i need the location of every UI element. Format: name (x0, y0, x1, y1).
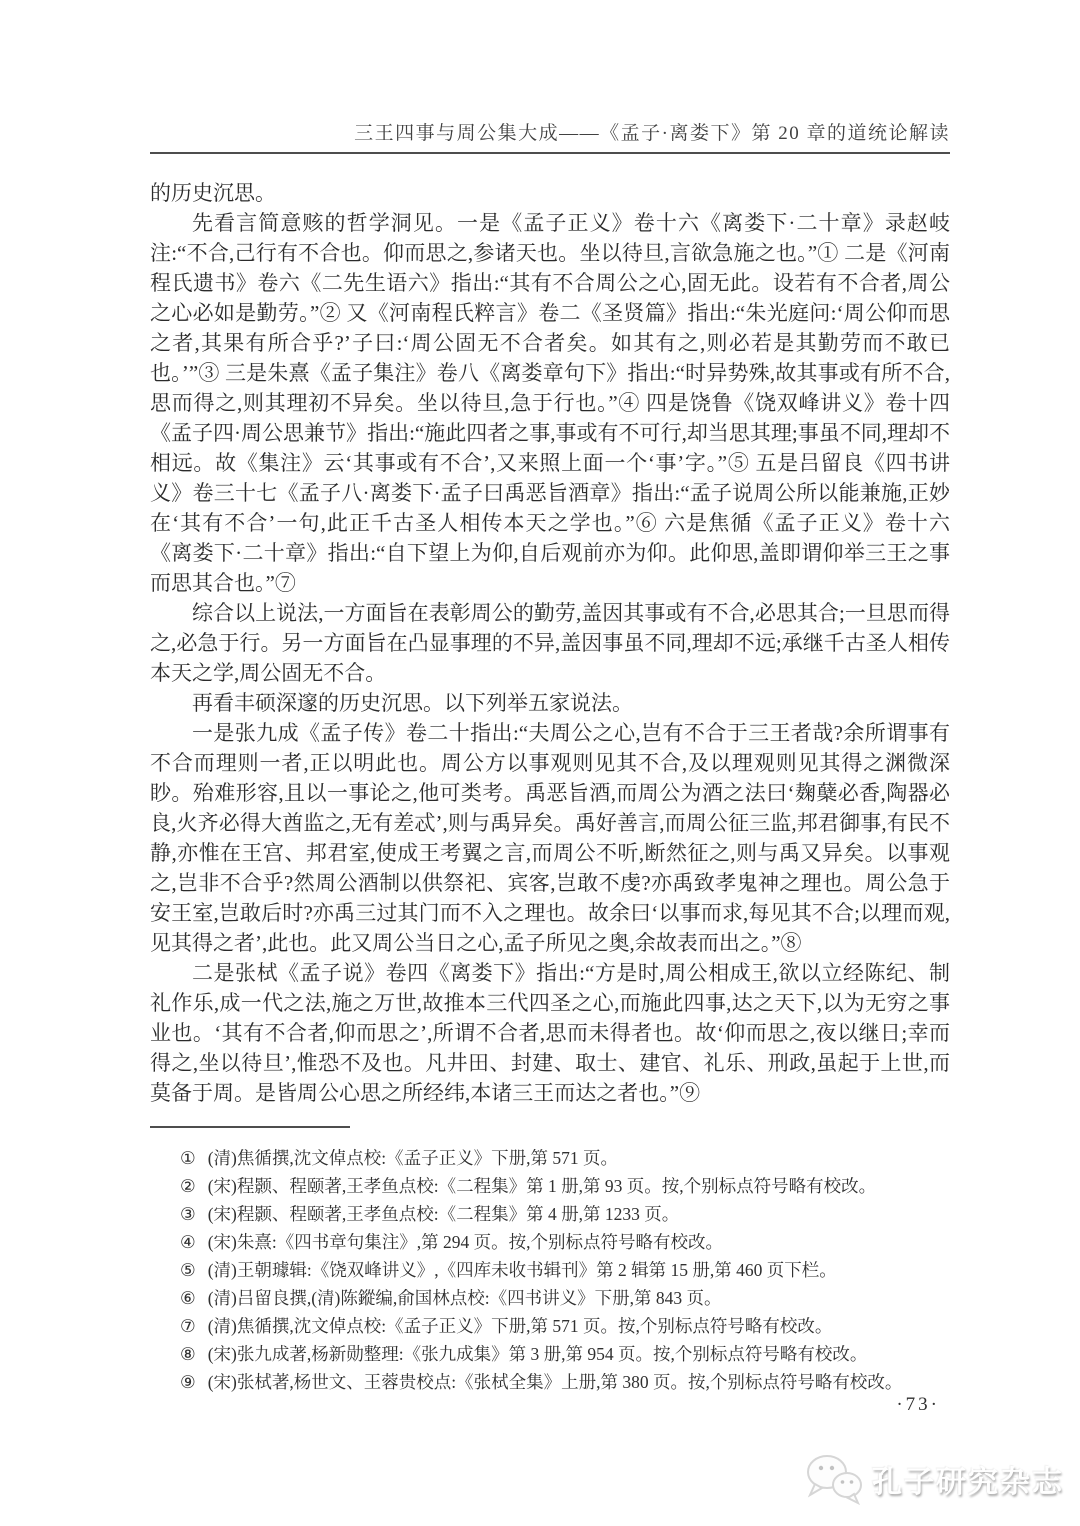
footnote-text: (清)焦循撰,沈文倬点校:《孟子正义》下册,第 571 页。按,个别标点符号略有… (208, 1312, 962, 1340)
footnote-marker: ③ (180, 1200, 196, 1228)
paragraph: 再看丰硕深邃的历史沉思。以下列举五家说法。 (150, 688, 950, 718)
footnote-list: ① (清)焦循撰,沈文倬点校:《孟子正义》下册,第 571 页。 ② (宋)程颢… (150, 1144, 962, 1396)
wechat-icon (804, 1452, 866, 1506)
footnote-text: (宋)张栻著,杨世文、王蓉贵校点:《张栻全集》上册,第 380 页。按,个别标点… (208, 1368, 962, 1396)
journal-page: 三王四事与周公集大成——《孟子·离娄下》第 20 章的道统论解读 的历史沉思。 … (0, 0, 1080, 1526)
footnote-text: (宋)张九成著,杨新勋整理:《张九成集》第 3 册,第 954 页。按,个别标点… (208, 1340, 962, 1368)
footnote-item: ③ (宋)程颢、程颐著,王孝鱼点校:《二程集》第 4 册,第 1233 页。 (150, 1200, 962, 1228)
running-header: 三王四事与周公集大成——《孟子·离娄下》第 20 章的道统论解读 (150, 118, 950, 154)
watermark-text: 孔子研究杂志 (872, 1457, 1064, 1501)
footnote-item: ⑧ (宋)张九成著,杨新勋整理:《张九成集》第 3 册,第 954 页。按,个别… (150, 1340, 962, 1368)
footnotes-section: ① (清)焦循撰,沈文倬点校:《孟子正义》下册,第 571 页。 ② (宋)程颢… (150, 1126, 962, 1396)
paragraph: 综合以上说法,一方面旨在表彰周公的勤劳,盖因其事或有不合,必思其合;一旦思而得之… (150, 598, 950, 688)
running-title: 三王四事与周公集大成——《孟子·离娄下》第 20 章的道统论解读 (150, 118, 950, 145)
footnote-item: ⑤ (清)王朝璩辑:《饶双峰讲义》,《四库未收书辑刊》第 2 辑第 15 册,第… (150, 1256, 962, 1284)
page-number: ·73· (896, 1394, 940, 1416)
footnote-item: ② (宋)程颢、程颐著,王孝鱼点校:《二程集》第 1 册,第 93 页。按,个别… (150, 1172, 962, 1200)
footnote-text: (清)王朝璩辑:《饶双峰讲义》,《四库未收书辑刊》第 2 辑第 15 册,第 4… (208, 1256, 962, 1284)
footnote-item: ④ (宋)朱熹:《四书章句集注》,第 294 页。按,个别标点符号略有校改。 (150, 1228, 962, 1256)
footnote-separator (150, 1126, 350, 1128)
footnote-text: (宋)朱熹:《四书章句集注》,第 294 页。按,个别标点符号略有校改。 (208, 1228, 962, 1256)
footnote-text: (清)吕留良撰,(清)陈鏦编,俞国林点校:《四书讲义》下册,第 843 页。 (208, 1284, 962, 1312)
footnote-item: ⑦ (清)焦循撰,沈文倬点校:《孟子正义》下册,第 571 页。按,个别标点符号… (150, 1312, 962, 1340)
footnote-marker: ② (180, 1172, 196, 1200)
footnote-text: (宋)程颢、程颐著,王孝鱼点校:《二程集》第 1 册,第 93 页。按,个别标点… (208, 1172, 962, 1200)
paragraph-continuation: 的历史沉思。 (150, 178, 950, 208)
footnote-marker: ① (180, 1144, 196, 1172)
footnote-marker: ⑦ (180, 1312, 196, 1340)
footnote-marker: ⑨ (180, 1368, 196, 1396)
footnote-marker: ⑧ (180, 1340, 196, 1368)
journal-watermark: 孔子研究杂志 (804, 1452, 1064, 1506)
paragraph: 先看言简意赅的哲学洞见。一是《孟子正义》卷十六《离娄下·二十章》录赵岐注:“不合… (150, 208, 950, 598)
footnote-text: (宋)程颢、程颐著,王孝鱼点校:《二程集》第 4 册,第 1233 页。 (208, 1200, 962, 1228)
article-body: 的历史沉思。 先看言简意赅的哲学洞见。一是《孟子正义》卷十六《离娄下·二十章》录… (150, 178, 950, 1108)
paragraph: 二是张栻《孟子说》卷四《离娄下》指出:“方是时,周公相成王,欲以立经陈纪、制礼作… (150, 958, 950, 1108)
footnote-marker: ④ (180, 1228, 196, 1256)
footnote-marker: ⑥ (180, 1284, 196, 1312)
footnote-item: ⑨ (宋)张栻著,杨世文、王蓉贵校点:《张栻全集》上册,第 380 页。按,个别… (150, 1368, 962, 1396)
footnote-item: ⑥ (清)吕留良撰,(清)陈鏦编,俞国林点校:《四书讲义》下册,第 843 页。 (150, 1284, 962, 1312)
footnote-item: ① (清)焦循撰,沈文倬点校:《孟子正义》下册,第 571 页。 (150, 1144, 962, 1172)
paragraph: 一是张九成《孟子传》卷二十指出:“夫周公之心,岂有不合于三王者哉?余所谓事有不合… (150, 718, 950, 958)
footnote-text: (清)焦循撰,沈文倬点校:《孟子正义》下册,第 571 页。 (208, 1144, 962, 1172)
footnote-marker: ⑤ (180, 1256, 196, 1284)
header-rule (150, 152, 950, 154)
